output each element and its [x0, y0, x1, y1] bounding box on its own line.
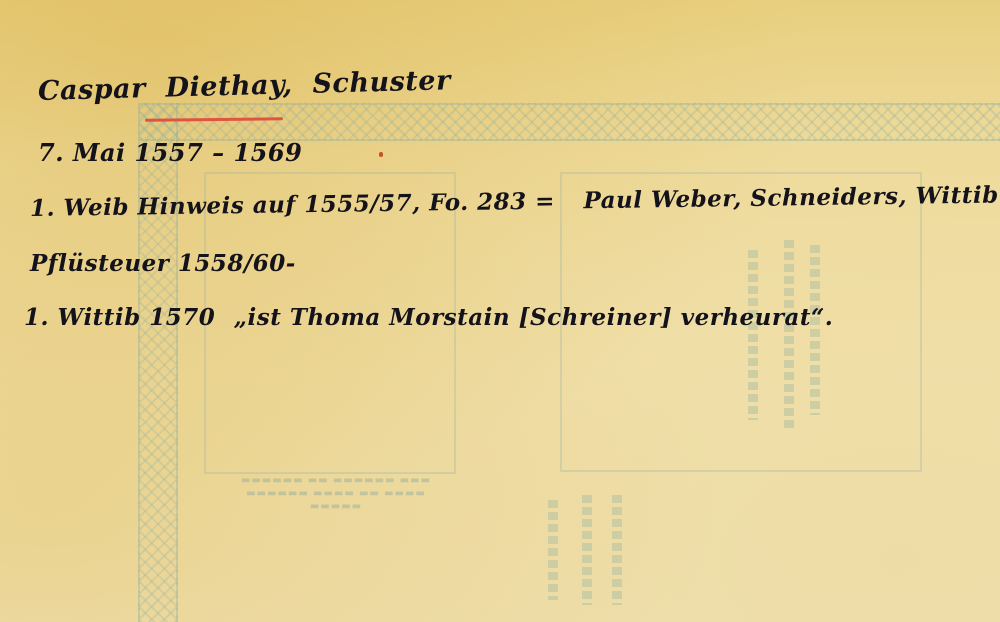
surname: Diethay,	[165, 69, 293, 103]
index-card: ▬▬▬ ▬▬▬▬▬▬ ▬▬ ▬▬▬▬▬▬▬▬▬▬ ▬▬ ▬▬▬▬ ▬▬▬▬▬▬ …	[0, 0, 1000, 622]
entry-name-line: Caspar Diethay, Schuster	[38, 65, 452, 107]
red-ink-dot	[379, 152, 383, 157]
entry-widow-line: 1. Wittib 1570 „ist Thoma Morstain [Schr…	[24, 304, 833, 331]
widow-year: 1. Wittib 1570	[24, 304, 215, 331]
form-border-left	[138, 103, 178, 622]
form-mark	[784, 240, 794, 430]
form-mark	[748, 250, 758, 420]
form-border-top	[140, 103, 1000, 141]
first-wife-identity: Paul Weber, Schneiders, Wittib.	[583, 181, 1000, 214]
first-wife-reference: 1. Weib Hinweis auf 1555/57, Fo. 283 =	[30, 188, 555, 222]
entry-tax-line: Pflüsteuer 1558/60-	[30, 250, 296, 277]
surname-red-underline	[145, 117, 283, 121]
entry-dates-line: 7. Mai 1557 – 1569	[38, 138, 302, 167]
widow-remarriage-quote: „ist Thoma Morstain [Schreiner] verheura…	[234, 304, 833, 331]
form-mark	[612, 495, 622, 605]
entry-first-wife-line: 1. Weib Hinweis auf 1555/57, Fo. 283 = P…	[30, 181, 1000, 222]
form-mark	[582, 495, 592, 605]
given-name: Caspar	[38, 73, 147, 107]
form-print-mirrored: ▬▬▬ ▬▬▬▬▬▬ ▬▬ ▬▬▬▬▬▬▬▬▬▬ ▬▬ ▬▬▬▬ ▬▬▬▬▬▬ …	[220, 474, 450, 513]
occupation: Schuster	[312, 65, 451, 100]
form-mark	[548, 500, 558, 600]
